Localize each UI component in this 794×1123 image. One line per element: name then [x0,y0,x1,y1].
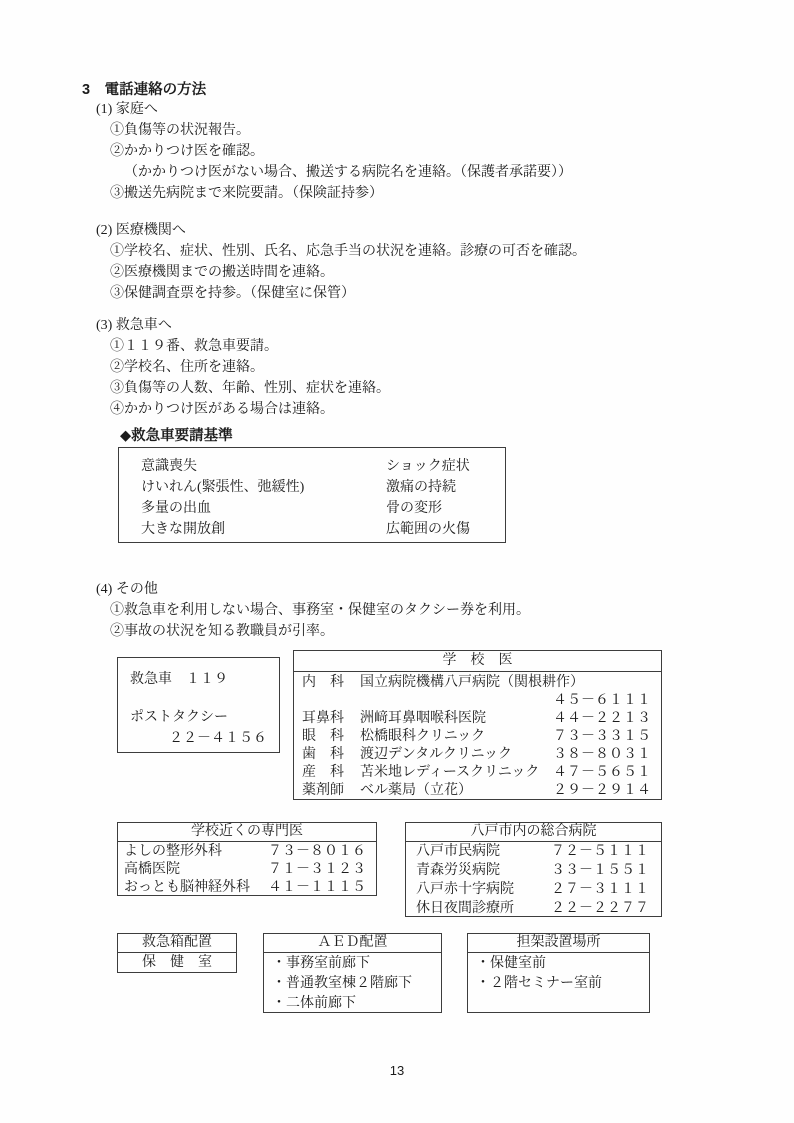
phone-cell: ７２－５１１１ [551,842,649,861]
list-item: ・普通教室棟２階廊下 [264,974,441,994]
first-aid-kit-location: 保 健 室 [118,953,236,972]
ambulance-number: 救急車 １１９ [130,669,269,690]
taxi-phone: ２２－４１５６ [130,728,269,749]
section-item: ④かかりつけ医がある場合は連絡。 [96,399,390,420]
section-item: ①学校名、症状、性別、氏名、応急手当の状況を連絡。診療の可否を確認。 [96,241,586,262]
city-hospitals-title: 八戸市内の総合病院 [406,823,661,842]
first-aid-kit-box: 救急箱配置 保 健 室 [117,933,237,973]
table-row: 薬剤師 ベル薬局（立花） ２９－２９１４ [302,782,651,800]
section-item: ③負傷等の人数、年齢、性別、症状を連絡。 [96,378,390,399]
list-item: ・事務室前廊下 [264,954,441,974]
section-medical-institution: (2) 医療機関へ ①学校名、症状、性別、氏名、応急手当の状況を連絡。診療の可否… [96,220,586,304]
section-subitem: （かかりつけ医がない場合、搬送する病院名を連絡。（保護者承諾要）） [96,162,572,183]
criteria-item: 骨の変形 [386,498,505,519]
name-cell: 八戸赤十字病院 [416,880,514,899]
dept-cell: 産 科 [302,764,360,782]
name-cell: 苫米地レディースクリニック [360,764,553,782]
nearby-specialists-rows: よしの整形外科 ７３－８０１６ 高橋医院 ７１－３１２３ おっとも脳神経外科 ４… [118,842,376,897]
dept-cell: 眼 科 [302,728,360,746]
school-doctor-rows: 内 科 国立病院機構八戸病院（関根耕作） ４５－６１１１ 耳鼻科 洲﨑耳鼻咽喉科… [294,672,661,800]
table-row: 八戸赤十字病院 ２７－３１１１ [406,880,661,899]
section-item: ②事故の状況を知る教職員が引率。 [96,621,530,642]
aed-locations-list: ・事務室前廊下 ・普通教室棟２階廊下 ・二体前廊下 [264,953,441,1014]
table-row: 産 科 苫米地レディースクリニック ４７－５６５１ [302,764,651,782]
name-cell: ベル薬局（立花） [360,782,553,800]
list-item: ・保健室前 [468,954,649,974]
phone-cell: ７３－３３１５ [553,728,651,746]
stretcher-locations-box: 担架設置場所 ・保健室前 ・２階セミナー室前 [467,933,650,1013]
criteria-item: 多量の出血 [141,498,386,519]
table-row: 高橋医院 ７１－３１２３ [118,861,376,879]
aed-locations-box: ＡＥＤ配置 ・事務室前廊下 ・普通教室棟２階廊下 ・二体前廊下 [263,933,442,1013]
dept-cell [302,692,360,710]
table-row: おっとも脳神経外科 ４１－１１１５ [118,879,376,897]
criteria-item: 意識喪失 [141,456,386,477]
page-number: 13 [0,1063,794,1078]
phone-cell: ７３－８０１６ [268,843,366,861]
dept-cell: 内 科 [302,674,360,692]
section-label: (4) その他 [96,579,530,600]
ambulance-criteria-box: 意識喪失 けいれん(緊張性、弛緩性) 多量の出血 大きな開放創 ショック症状 激… [118,447,506,543]
section-label: (1) 家庭へ [96,99,572,120]
table-row: 休日夜間診療所 ２２－２２７７ [406,899,661,918]
table-row: 眼 科 松橋眼科クリニック ７３－３３１５ [302,728,651,746]
name-cell: 松橋眼科クリニック [360,728,553,746]
phone-cell: ４４－２２１３ [553,710,651,728]
section-home-contact: (1) 家庭へ ①負傷等の状況報告。 ②かかりつけ医を確認。 （かかりつけ医がな… [96,99,572,204]
criteria-item: 激痛の持続 [386,477,505,498]
section-item: ①負傷等の状況報告。 [96,120,572,141]
criteria-item: 大きな開放創 [141,519,386,540]
section-item: ②医療機関までの搬送時間を連絡。 [96,262,586,283]
name-cell: 休日夜間診療所 [416,899,514,918]
name-cell: 渡辺デンタルクリニック [360,746,553,764]
list-item: ・２階セミナー室前 [468,974,649,994]
phone-cell: ３８－８０３１ [553,746,651,764]
criteria-right-column: ショック症状 激痛の持続 骨の変形 広範囲の火傷 [386,456,505,542]
name-cell: 洲﨑耳鼻咽喉科医院 [360,710,553,728]
phone-cell: ３３－１５５１ [551,861,649,880]
emergency-contacts-box: 救急車 １１９ ポストタクシー ２２－４１５６ [117,657,280,753]
table-row: よしの整形外科 ７３－８０１６ [118,843,376,861]
phone-cell: ４１－１１１５ [268,879,366,897]
section-ambulance-call: (3) 救急車へ ①１１９番、救急車要請。 ②学校名、住所を連絡。 ③負傷等の人… [96,315,390,420]
dept-cell: 歯 科 [302,746,360,764]
city-hospitals-rows: 八戸市民病院 ７２－５１１１ 青森労災病院 ３３－１５５１ 八戸赤十字病院 ２７… [406,842,661,918]
stretcher-locations-list: ・保健室前 ・２階セミナー室前 [468,953,649,994]
phone-cell: ７１－３１２３ [268,861,366,879]
table-row: 耳鼻科 洲﨑耳鼻咽喉科医院 ４４－２２１３ [302,710,651,728]
criteria-item: 広範囲の火傷 [386,519,505,540]
dept-cell: 薬剤師 [302,782,360,800]
nearby-specialists-table: 学校近くの専門医 よしの整形外科 ７３－８０１６ 高橋医院 ７１－３１２３ おっ… [117,822,377,896]
name-cell: おっとも脳神経外科 [124,879,250,897]
document-heading: 3 電話連絡の方法 [82,78,206,99]
section-label: (3) 救急車へ [96,315,390,336]
document-page: 3 電話連絡の方法 (1) 家庭へ ①負傷等の状況報告。 ②かかりつけ医を確認。… [0,0,794,1123]
nearby-specialists-title: 学校近くの専門医 [118,823,376,842]
table-row: 八戸市民病院 ７２－５１１１ [406,842,661,861]
school-doctor-table-title: 学 校 医 [294,651,661,672]
phone-cell: ２７－３１１１ [551,880,649,899]
criteria-item: けいれん(緊張性、弛緩性) [141,477,386,498]
phone-cell: ４５－６１１１ [553,692,651,710]
section-label: (2) 医療機関へ [96,220,586,241]
section-other: (4) その他 ①救急車を利用しない場合、事務室・保健室のタクシー券を利用。 ②… [96,579,530,642]
section-item: ②学校名、住所を連絡。 [96,357,390,378]
section-item: ③搬送先病院まで来院要請。（保険証持参） [96,183,572,204]
section-item: ③保健調査票を持参。（保健室に保管） [96,283,586,304]
section-item: ②かかりつけ医を確認。 [96,141,572,162]
school-doctor-table: 学 校 医 内 科 国立病院機構八戸病院（関根耕作） ４５－６１１１ 耳鼻科 洲… [293,650,662,800]
name-cell: よしの整形外科 [124,843,222,861]
criteria-left-column: 意識喪失 けいれん(緊張性、弛緩性) 多量の出血 大きな開放創 [141,456,386,542]
first-aid-kit-title: 救急箱配置 [118,934,236,953]
ambulance-criteria-heading: ◆救急車要請基準 [120,424,233,445]
name-cell: 八戸市民病院 [416,842,500,861]
table-row: 青森労災病院 ３３－１５５１ [406,861,661,880]
name-cell [360,692,553,710]
section-item: ①救急車を利用しない場合、事務室・保健室のタクシー券を利用。 [96,600,530,621]
city-hospitals-table: 八戸市内の総合病院 八戸市民病院 ７２－５１１１ 青森労災病院 ３３－１５５１ … [405,822,662,917]
phone-cell: ４７－５６５１ [553,764,651,782]
section-item: ①１１９番、救急車要請。 [96,336,390,357]
list-item: ・二体前廊下 [264,994,441,1014]
aed-locations-title: ＡＥＤ配置 [264,934,441,953]
phone-cell: ２９－２９１４ [553,782,651,800]
table-row: 内 科 国立病院機構八戸病院（関根耕作） [302,674,651,692]
table-row: 歯 科 渡辺デンタルクリニック ３８－８０３１ [302,746,651,764]
criteria-item: ショック症状 [386,456,505,477]
stretcher-locations-title: 担架設置場所 [468,934,649,953]
taxi-name: ポストタクシー [130,707,269,728]
phone-cell: ２２－２２７７ [551,899,649,918]
name-cell: 青森労災病院 [416,861,500,880]
name-cell: 高橋医院 [124,861,180,879]
name-cell: 国立病院機構八戸病院（関根耕作） [360,674,651,692]
table-row: ４５－６１１１ [302,692,651,710]
dept-cell: 耳鼻科 [302,710,360,728]
